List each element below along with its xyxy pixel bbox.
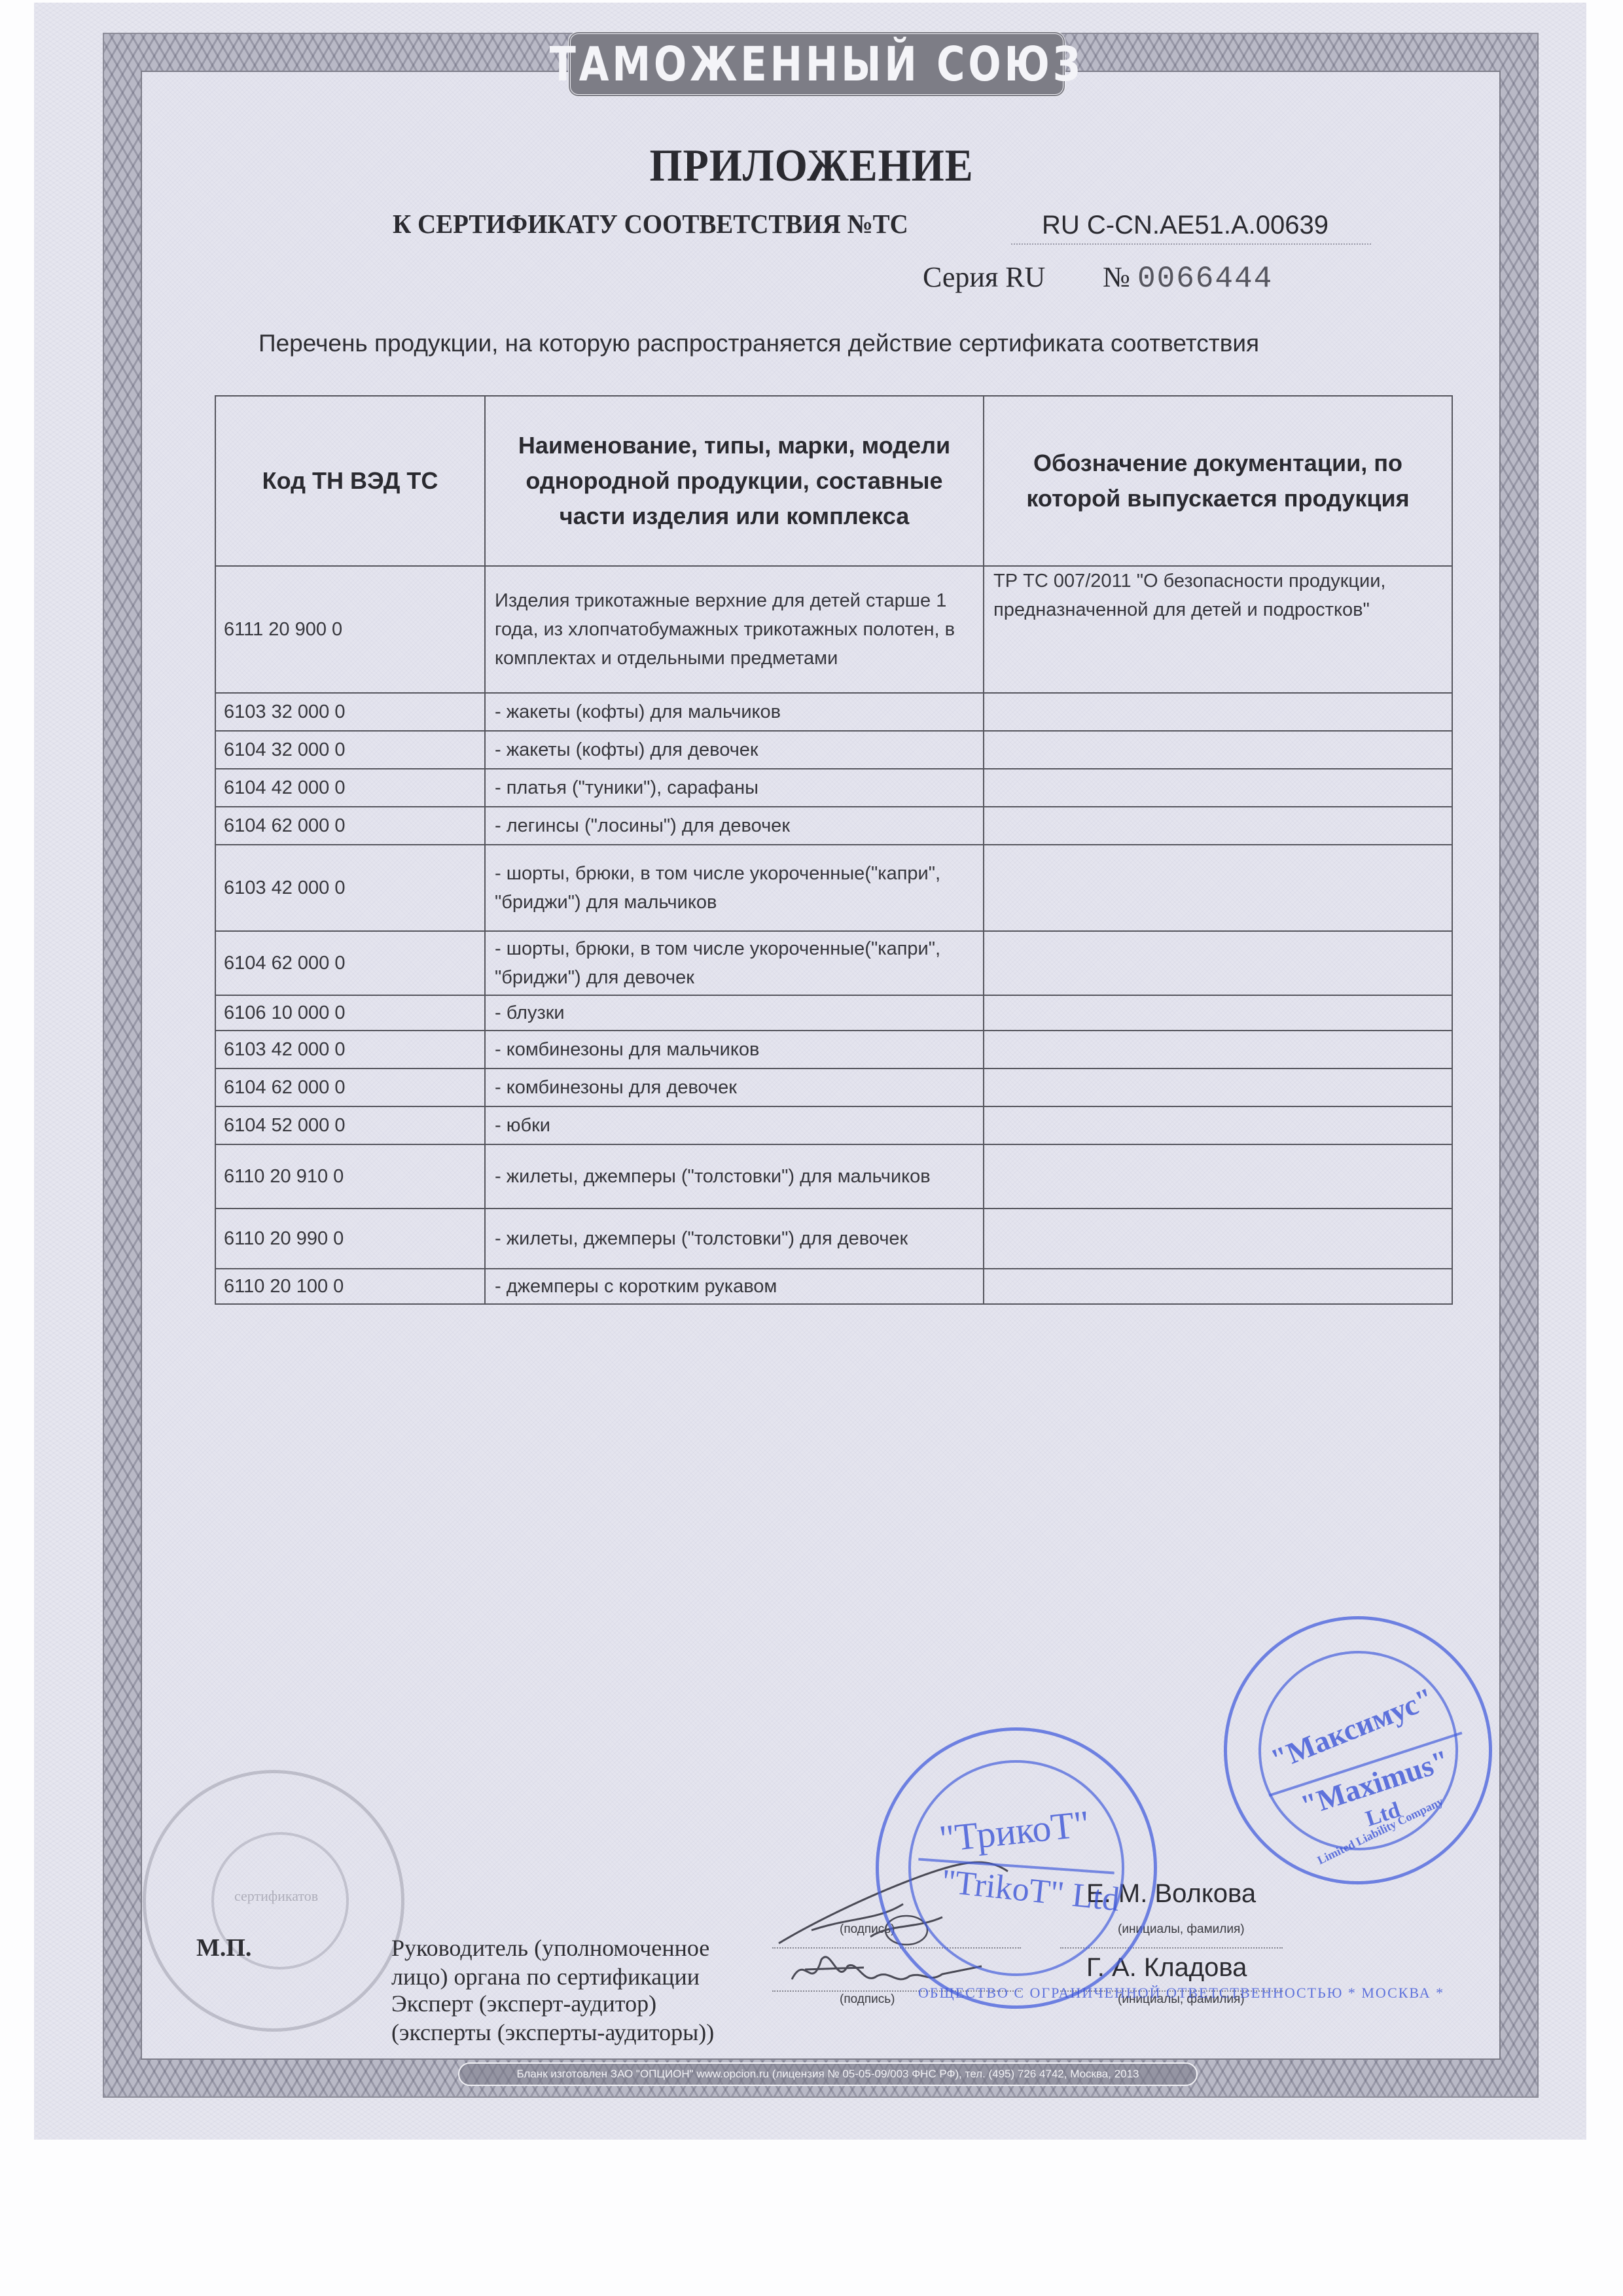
cell-code: 6110 20 990 0 [215, 1209, 485, 1269]
cell-code: 6104 32 000 0 [215, 731, 485, 769]
certificate-subtitle: К СЕРТИФИКАТУ СООТВЕТСТВИЯ №ТС [393, 208, 908, 239]
expert-label: Эксперт (эксперт-аудитор) (эксперты (экс… [391, 1989, 714, 2047]
cell-name: - комбинезоны для мальчиков [485, 1031, 984, 1069]
cell-name: - джемперы с коротким рукавом [485, 1269, 984, 1304]
cell-name: - юбки [485, 1106, 984, 1144]
printer-footer: Бланк изготовлен ЗАО "ОПЦИОН" www.opcion… [458, 2062, 1198, 2086]
cell-code: 6110 20 910 0 [215, 1144, 485, 1209]
cell-code: 6104 62 000 0 [215, 807, 485, 845]
table-row: 6103 32 000 0- жакеты (кофты) для мальчи… [215, 693, 1452, 731]
cell-code: 6103 42 000 0 [215, 1031, 485, 1069]
cell-name: - жакеты (кофты) для мальчиков [485, 693, 984, 731]
cell-doc [984, 1144, 1452, 1209]
cell-name: Изделия трикотажные верхние для детей ст… [485, 566, 984, 693]
table-row: 6104 32 000 0- жакеты (кофты) для девоче… [215, 731, 1452, 769]
printer-line: Бланк изготовлен ЗАО "ОПЦИОН" www.opcion… [516, 2068, 1139, 2081]
trikot-stamp-ring-text: ОБЩЕСТВО С ОГРАНИЧЕННОЙ ОТВЕТСТВЕННОСТЬЮ… [918, 1985, 1444, 2002]
cell-code: 6103 32 000 0 [215, 693, 485, 731]
number-sign: № [1103, 261, 1130, 293]
cell-name: - жилеты, джемперы ("толстовки") для дев… [485, 1209, 984, 1269]
certification-body-stamp: сертификатов [143, 1770, 404, 2032]
cell-code: 6111 20 900 0 [215, 566, 485, 693]
expert-label-line-1: Эксперт (эксперт-аудитор) [391, 1989, 714, 2018]
table-header-row: Код ТН ВЭД ТС Наименование, типы, марки,… [215, 396, 1452, 566]
head-label: Руководитель (уполномоченное лицо) орган… [391, 1934, 709, 1991]
series-number: № 0066444 [1103, 260, 1273, 296]
column-header-code: Код ТН ВЭД ТС [215, 396, 485, 566]
head-label-line-2: лицо) органа по сертификации [391, 1962, 709, 1991]
table-row: 6104 52 000 0- юбки [215, 1106, 1452, 1144]
table-row: 6104 62 000 0- легинсы ("лосины") для де… [215, 807, 1452, 845]
cell-doc: ТР ТС 007/2011 "О безопасности продукции… [984, 566, 1452, 693]
stamp-center-text: сертификатов [234, 1888, 318, 1905]
cell-name: - легинсы ("лосины") для девочек [485, 807, 984, 845]
cell-doc [984, 1269, 1452, 1304]
cell-name: - платья ("туники"), сарафаны [485, 769, 984, 807]
cell-doc [984, 693, 1452, 731]
table-row: 6111 20 900 0Изделия трикотажные верхние… [215, 566, 1452, 693]
cell-doc [984, 845, 1452, 931]
table-row: 6104 62 000 0- шорты, брюки, в том числе… [215, 931, 1452, 995]
cell-name: - шорты, брюки, в том числе укороченные(… [485, 845, 984, 931]
cell-doc [984, 931, 1452, 995]
cell-doc [984, 1031, 1452, 1069]
head-label-line-1: Руководитель (уполномоченное [391, 1934, 709, 1962]
column-header-name: Наименование, типы, марки, модели одноро… [485, 396, 984, 566]
cell-name: - комбинезоны для девочек [485, 1069, 984, 1106]
cell-doc [984, 1106, 1452, 1144]
cell-doc [984, 1209, 1452, 1269]
expert-label-line-2: (эксперты (эксперты-аудиторы)) [391, 2018, 714, 2047]
products-table: Код ТН ВЭД ТС Наименование, типы, марки,… [215, 395, 1453, 1305]
cell-code: 6104 42 000 0 [215, 769, 485, 807]
series-digits: 0066444 [1137, 262, 1273, 296]
trikot-company-stamp: "ТрикоТ" "TrikoT" Ltd ОБЩЕСТВО С ОГРАНИЧ… [876, 1727, 1157, 2009]
cell-name: - блузки [485, 995, 984, 1031]
cell-doc [984, 1069, 1452, 1106]
table-row: 6103 42 000 0- комбинезоны для мальчиков [215, 1031, 1452, 1069]
cell-code: 6106 10 000 0 [215, 995, 485, 1031]
table-row: 6103 42 000 0- шорты, брюки, в том числе… [215, 845, 1452, 931]
cell-code: 6110 20 100 0 [215, 1269, 485, 1304]
cell-name: - жилеты, джемперы ("толстовки") для мал… [485, 1144, 984, 1209]
table-row: 6110 20 100 0- джемперы с коротким рукав… [215, 1269, 1452, 1304]
table-row: 6110 20 990 0- жилеты, джемперы ("толсто… [215, 1209, 1452, 1269]
product-list-intro: Перечень продукции, на которую распростр… [259, 330, 1259, 357]
cell-code: 6104 52 000 0 [215, 1106, 485, 1144]
table-row: 6106 10 000 0- блузки [215, 995, 1452, 1031]
cell-code: 6103 42 000 0 [215, 845, 485, 931]
banner-text: ТАМОЖЕННЫЙ СОЮЗ [550, 37, 1084, 92]
series-label: Серия RU [923, 260, 1045, 294]
table-row: 6110 20 910 0- жилеты, джемперы ("толсто… [215, 1144, 1452, 1209]
certificate-number: RU C-CN.AE51.A.00639 [1042, 211, 1329, 240]
cell-code: 6104 62 000 0 [215, 1069, 485, 1106]
cell-name: - жакеты (кофты) для девочек [485, 731, 984, 769]
cell-doc [984, 769, 1452, 807]
cell-doc [984, 807, 1452, 845]
seal-place-label: М.П. [196, 1934, 251, 1962]
cell-doc [984, 731, 1452, 769]
cell-name: - шорты, брюки, в том числе укороченные(… [485, 931, 984, 995]
page-title: ПРИЛОЖЕНИЕ [65, 140, 1558, 192]
column-header-documentation: Обозначение документации, по которой вып… [984, 396, 1452, 566]
table-row: 6104 62 000 0- комбинезоны для девочек [215, 1069, 1452, 1106]
certificate-number-underline [1011, 243, 1371, 245]
customs-union-banner: ТАМОЖЕННЫЙ СОЮЗ [568, 31, 1065, 97]
cell-doc [984, 995, 1452, 1031]
table-row: 6104 42 000 0- платья ("туники"), сарафа… [215, 769, 1452, 807]
cell-code: 6104 62 000 0 [215, 931, 485, 995]
